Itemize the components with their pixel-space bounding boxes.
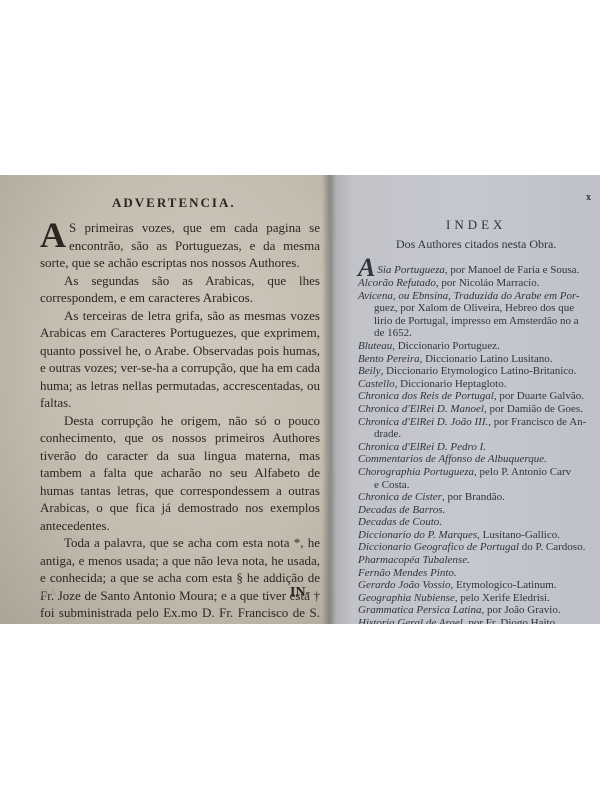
index-entry: Fernão Mendes Pinto. (358, 567, 600, 580)
index-entry-continuation: de 1652. (358, 327, 600, 340)
index-entry-continuation: guez, por Xalom de Oliveira, Hebreo dos … (358, 302, 600, 315)
paragraph-5: Toda a palavra, que se acha com esta not… (40, 534, 320, 624)
book-gutter (322, 175, 336, 624)
index-entry: Beily, Diccionario Etymologico Latino-Br… (358, 365, 600, 378)
index-entry: Chronica de Cister, por Brandão. (358, 491, 600, 504)
paragraph-4: Desta corrupção he origem, não só o pouc… (40, 412, 320, 535)
index-entry-continuation: e Costa. (358, 479, 600, 492)
index-entry: Castello, Diccionario Heptagloto. (358, 378, 600, 391)
paragraph-3: As terceiras de letra grifa, são as mesm… (40, 307, 320, 412)
index-entry: Avicena, ou Ebnsina, Traduzida do Arabe … (358, 290, 600, 303)
catchword: IN- (290, 585, 310, 601)
signature-mark: GA (40, 585, 57, 600)
advertencia-body: AS primeiras vozes, que em cada pagina s… (40, 219, 320, 624)
index-entry: Pharmacopéa Tubalense. (358, 554, 600, 567)
index-entry: Gerardo João Vossio, Etymologico-Latinum… (358, 579, 600, 592)
paragraph-2: As segundas são as Arabicas, que lhes co… (40, 272, 320, 307)
index-entry: Diccionario Geografico de Portugal do P.… (358, 541, 600, 554)
folio-number: x (586, 192, 591, 203)
index-list: ASia Portugueza, por Manoel de Faria e S… (358, 259, 600, 624)
index-entry: Grammatica Persica Latina, por João Grav… (358, 604, 600, 617)
index-entry: Decadas de Couto. (358, 516, 600, 529)
index-entry: ASia Portugueza, por Manoel de Faria e S… (358, 259, 600, 277)
book-spread-photo: ADVERTENCIA. AS primeiras vozes, que em … (0, 175, 600, 624)
index-entry: Geographia Nubiense, pelo Xerife Eledris… (358, 592, 600, 605)
index-subtitle: Dos Authores citados nesta Obra. (396, 237, 556, 252)
index-entry: Chronica d'ElRei D. Manoel, por Damião d… (358, 403, 600, 416)
advertencia-title: ADVERTENCIA. (112, 195, 236, 211)
left-page: ADVERTENCIA. AS primeiras vozes, que em … (0, 175, 330, 624)
paragraph-1: S primeiras vozes, que em cada pagina se… (40, 220, 320, 270)
index-entry: Chronica d'ElRei D. Pedro I. (358, 441, 600, 454)
index-entry: Diccionario do P. Marques, Lusitano-Gall… (358, 529, 600, 542)
index-entry: Chronica d'ElRei D. João III., por Franc… (358, 416, 600, 429)
index-entry-continuation: drade. (358, 428, 600, 441)
index-entry-continuation: lirio de Portugal, impresso em Amsterdão… (358, 315, 600, 328)
index-title: INDEX (446, 217, 506, 233)
index-entry: Chronica dos Reis de Portugal, por Duart… (358, 390, 600, 403)
index-entry: Commentarios de Affonso de Albuquerque. (358, 453, 600, 466)
index-entry: Decadas de Barros. (358, 504, 600, 517)
index-entry: Historia Geral de Argel, por Fr. Diogo H… (358, 617, 600, 624)
index-entry: Bluteau, Diccionario Portuguez. (358, 340, 600, 353)
index-entry: Chorographia Portugueza, pelo P. Antonio… (358, 466, 600, 479)
index-entry: Alcorão Refutado, por Nicoláo Marracio. (358, 277, 600, 290)
index-entry: Bento Pereira, Diccionario Latino Lusita… (358, 353, 600, 366)
drop-cap: A (40, 221, 66, 249)
